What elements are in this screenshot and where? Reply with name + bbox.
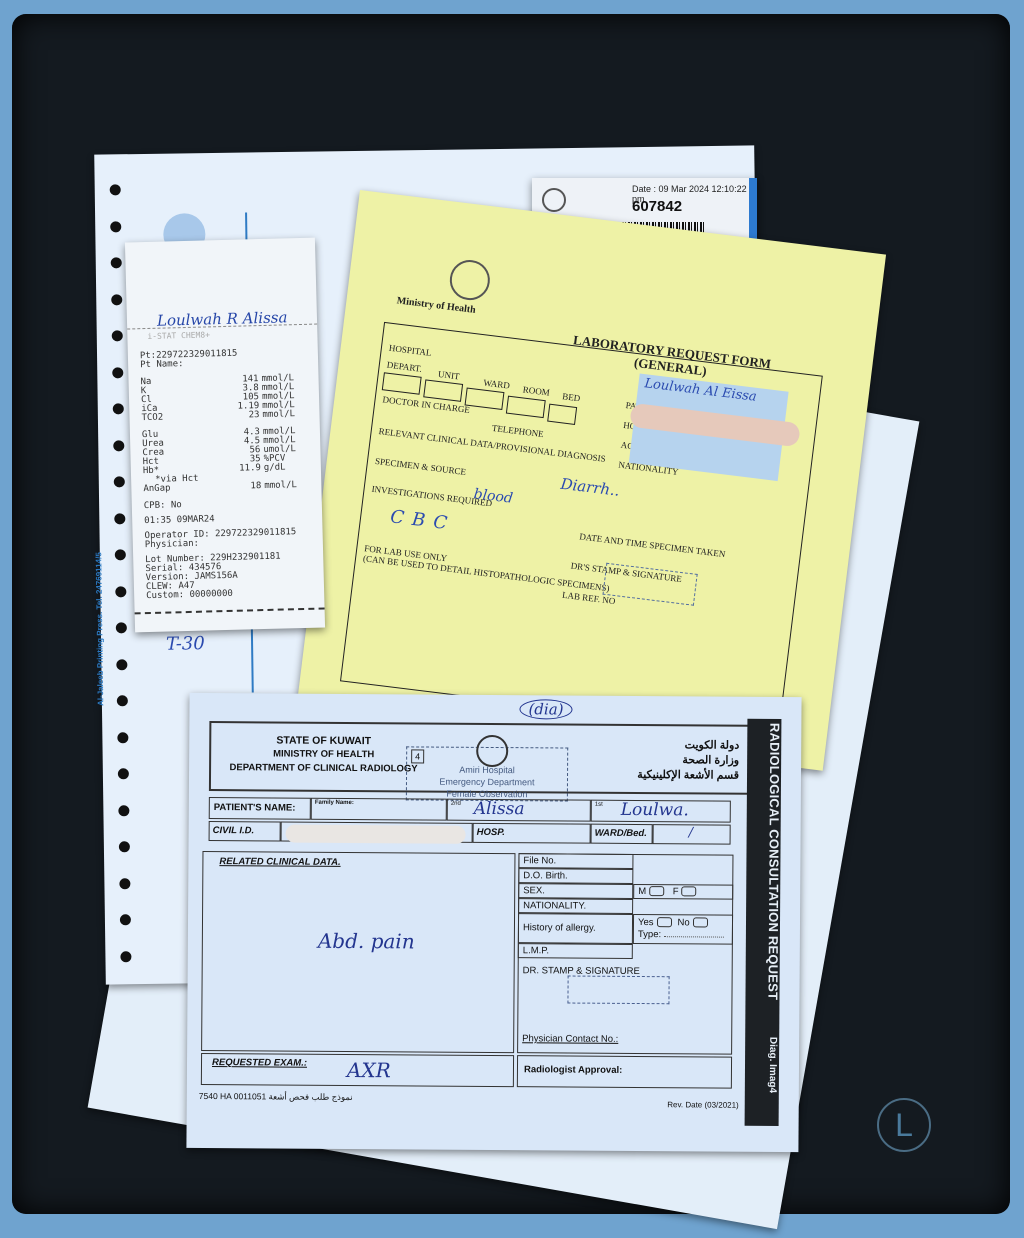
sex-label: SEX. bbox=[518, 883, 633, 899]
kuwait-emblem-icon bbox=[476, 735, 508, 767]
ward-value: / bbox=[689, 825, 693, 840]
form-header: STATE OF KUWAIT MINISTRY OF HEALTH DEPAR… bbox=[209, 721, 751, 795]
results-group-chemistry: Glu4.3mmol/LUrea4.5mmol/LCrea56umol/LHct… bbox=[142, 427, 297, 476]
tear-line bbox=[135, 607, 325, 614]
header-english: STATE OF KUWAIT MINISTRY OF HEALTH DEPAR… bbox=[211, 733, 436, 777]
civil-id-label: CIVIL I.D. bbox=[209, 821, 281, 842]
second-name-value: Alissa bbox=[474, 799, 525, 819]
male-checkbox[interactable] bbox=[649, 887, 664, 897]
revision-date: Rev. Date (03/2021) bbox=[667, 1100, 739, 1109]
header-arabic: دولة الكويت وزارة الصحة قسم الأشعة الإكل… bbox=[637, 738, 739, 784]
lmp-label: L.M.P. bbox=[518, 943, 633, 959]
radiologist-approval-box[interactable]: Radiologist Approval: bbox=[517, 1055, 732, 1089]
side-title: RADIOLOGICAL CONSULTATION REQUEST bbox=[765, 723, 782, 1000]
ticket-number: 607842 bbox=[632, 198, 682, 215]
handwritten-note: T-30 bbox=[166, 633, 205, 655]
handwritten-note: (dia) bbox=[519, 699, 572, 719]
female-checkbox[interactable] bbox=[682, 887, 697, 897]
custom: Custom: 00000000 bbox=[146, 588, 300, 601]
printer-credit: Al-Jaleeb Printing Press. Tel. 24769114/… bbox=[94, 552, 105, 706]
clinical-data-label: RELATED CLINICAL DATA. bbox=[219, 856, 514, 869]
redaction bbox=[286, 825, 466, 844]
patient-name-label: PATIENT'S NAME: bbox=[209, 797, 311, 820]
allergy-label: History of allergy. bbox=[518, 913, 633, 944]
requested-exam-value: AXR bbox=[347, 1058, 391, 1082]
hosp-label: HOSP. bbox=[473, 823, 591, 844]
allergy-yes-checkbox[interactable] bbox=[656, 918, 671, 928]
kuwait-emblem-icon bbox=[448, 258, 493, 303]
allergy-no-checkbox[interactable] bbox=[693, 918, 708, 928]
first-name-value: Loulwa. bbox=[621, 800, 689, 820]
doctor-stamp bbox=[567, 976, 669, 1005]
results-group-electrolytes: Na141mmol/LK3.8mmol/LCl105mmol/LiCa1.19m… bbox=[140, 374, 295, 423]
ward-label: WARD/Bed. bbox=[591, 824, 653, 844]
file-no-label: File No. bbox=[518, 853, 633, 869]
left-marker-icon: L bbox=[877, 1098, 931, 1152]
bed-box[interactable] bbox=[547, 404, 577, 425]
allergy-options: YesNo Type: bbox=[633, 914, 733, 945]
physician-contact-label: Physician Contact No.: bbox=[522, 1033, 618, 1045]
side-subtitle: Diag. Imag4 bbox=[767, 1037, 778, 1093]
laboratory-request-form: Ministry of Health LABORATORY REQUEST FO… bbox=[297, 190, 886, 771]
hospital-logo-icon bbox=[542, 188, 566, 212]
istat-receipt: Loulwah R Alissa i-STAT CHEM8+ Pt:229722… bbox=[125, 238, 325, 633]
nationality-label: NATIONALITY. bbox=[518, 898, 633, 914]
radiology-consultation-form: (dia) STATE OF KUWAIT MINISTRY OF HEALTH… bbox=[186, 693, 801, 1152]
clinical-data-value: Abd. pain bbox=[318, 929, 415, 954]
receipt-header: i-STAT CHEM8+ bbox=[147, 330, 210, 341]
family-name-field[interactable]: Family Name: bbox=[311, 798, 447, 821]
sex-options: M F bbox=[633, 884, 733, 900]
form-code: 7540 HA 0011051 نموذج طلب فحص أشعة bbox=[199, 1091, 353, 1103]
dob-label: D.O. Birth. bbox=[518, 868, 633, 884]
receipt-body: Pt:229722329011815 Pt Name: Na141mmol/LK… bbox=[140, 348, 300, 601]
label-bed: BED bbox=[562, 391, 581, 403]
